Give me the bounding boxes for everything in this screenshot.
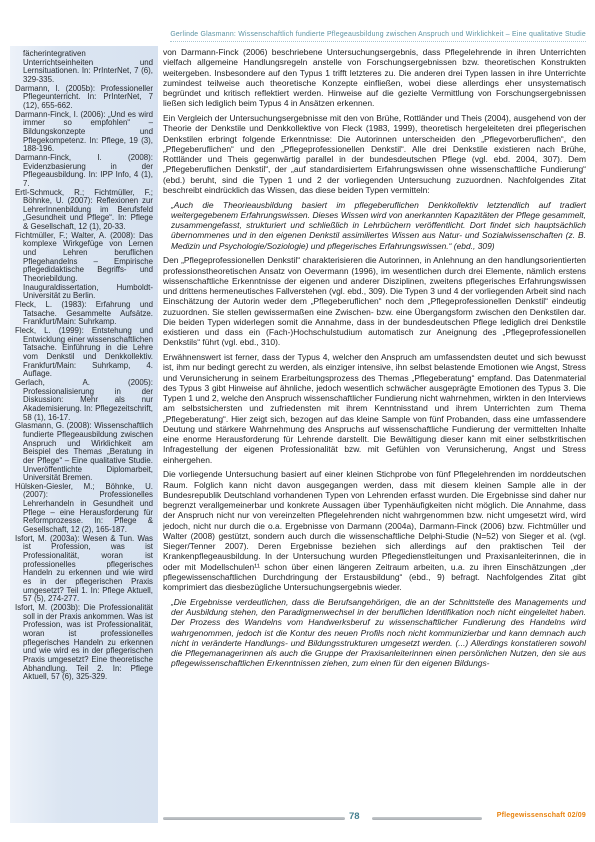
block-quote: „Auch die Theorieausbildung basiert im p… bbox=[171, 200, 586, 251]
document-page: Gerlinde Glasmann: Wissenschaftlich fund… bbox=[0, 0, 595, 842]
reference-entry: Gerlach, A. (2005): Professionalisierung… bbox=[15, 379, 153, 422]
reference-entry: Fleck, L. (1999): Entstehung und Entwick… bbox=[15, 327, 153, 379]
reference-entry: Hülsken-Giesler, M.; Böhnke, U. (2007): … bbox=[15, 483, 153, 535]
block-quote: „Die Ergebnisse verdeutlichen, dass die … bbox=[171, 597, 586, 669]
reference-entry: Darmann, I. (2005b): Professioneller Pfl… bbox=[15, 85, 153, 111]
journal-issue-label: Pflegewissenschaft 02/09 bbox=[497, 812, 586, 819]
body-paragraph: Ein Vergleich der Untersuchungsergebniss… bbox=[163, 113, 586, 195]
reference-entry: Fleck, L. (1983): Erfahrung und Tatsache… bbox=[15, 301, 153, 327]
reference-entry: Ertl-Schmuck, R.; Fichtmüller, F.; Böhnk… bbox=[15, 189, 153, 232]
body-paragraph: Erwähnenswert ist ferner, dass der Typus… bbox=[163, 352, 586, 465]
page-number: 78 bbox=[349, 811, 360, 822]
reference-entry: Fichtmüller, F.; Walter, A. (2008): Das … bbox=[15, 232, 153, 301]
main-text-column: von Darmann-Finck (2006) beschriebene Un… bbox=[163, 47, 586, 673]
reference-entry: Darmann-Finck, I. (2008): Evidenzbasieru… bbox=[15, 154, 153, 189]
reference-entry: Isfort, M. (2003a): Wesen & Tun. Was ist… bbox=[15, 535, 153, 604]
body-paragraph: Die vorliegende Untersuchung basiert auf… bbox=[163, 469, 586, 592]
reference-entry: fächerintegrativen Unterrichtseinheiten … bbox=[15, 50, 153, 85]
reference-entry: Glasmann, G. (2008): Wissenschaftlich fu… bbox=[15, 422, 153, 483]
body-paragraph: Den „Pflegeprofessionellen Denkstil“ cha… bbox=[163, 255, 586, 347]
body-paragraph: von Darmann-Finck (2006) beschriebene Un… bbox=[163, 47, 586, 109]
reference-entry: Isfort, M. (2003b): Die Professionalität… bbox=[15, 604, 153, 682]
footer-rule-right bbox=[372, 817, 482, 820]
references-column: fächerintegrativen Unterrichtseinheiten … bbox=[10, 46, 158, 823]
page-header: Gerlinde Glasmann: Wissenschaftlich fund… bbox=[10, 23, 586, 42]
running-title: Gerlinde Glasmann: Wissenschaftlich fund… bbox=[170, 31, 586, 42]
reference-entry: Darmann-Finck, I. (2006): „Und es wird i… bbox=[15, 111, 153, 154]
footer-rule-left bbox=[163, 817, 345, 820]
